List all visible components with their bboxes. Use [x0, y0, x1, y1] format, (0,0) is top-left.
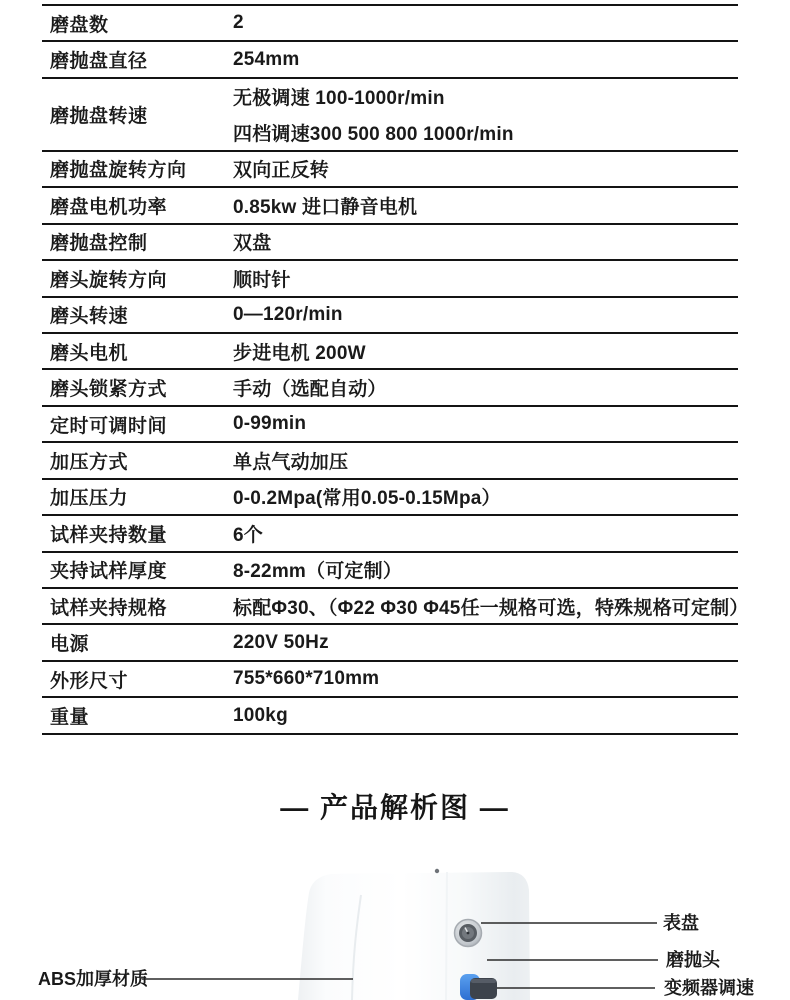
spec-label: 磨抛盘转速 — [42, 79, 233, 150]
spec-label: 磨头电机 — [42, 334, 233, 368]
spec-row: 加压方式单点气动加压 — [42, 443, 738, 479]
spec-value: 220V 50Hz — [233, 632, 738, 654]
spec-label: 磨头锁紧方式 — [42, 370, 233, 404]
spec-value: 手动（选配自动） — [233, 374, 738, 401]
spec-label: 外形尺寸 — [42, 662, 233, 696]
spec-row: 磨盘电机功率0.85kw 进口静音电机 — [42, 188, 738, 224]
spec-row: 磨抛盘旋转方向双向正反转 — [42, 152, 738, 188]
spec-row: 夹持试样厚度8-22mm（可定制） — [42, 553, 738, 589]
spec-label: 磨盘电机功率 — [42, 188, 233, 222]
spec-values: 顺时针 — [233, 261, 738, 295]
spec-label: 磨抛盘控制 — [42, 225, 233, 259]
spec-row: 磨抛盘直径254mm — [42, 42, 738, 78]
spec-values: 0-0.2Mpa(常用0.05-0.15Mpa） — [233, 480, 738, 514]
product-spec-page: { "spec_table": { "rows": [ {"label": "磨… — [0, 0, 790, 1000]
top-screw — [435, 869, 439, 873]
spec-value: 标配Φ30、（Φ22 Φ30 Φ45任一规格可选，特殊规格可定制） — [233, 593, 749, 620]
spec-values: 手动（选配自动） — [233, 370, 738, 404]
spec-table: 磨盘数2磨抛盘直径254mm磨抛盘转速无极调速 100-1000r/min四档调… — [42, 4, 738, 735]
spec-label: 磨盘数 — [42, 6, 233, 40]
spec-label: 磨头转速 — [42, 298, 233, 332]
callout-label-dial: 表盘 — [663, 913, 699, 933]
spec-row: 磨抛盘转速无极调速 100-1000r/min四档调速300 500 800 1… — [42, 79, 738, 152]
spec-label: 试样夹持规格 — [42, 589, 233, 623]
spec-values: 无极调速 100-1000r/min四档调速300 500 800 1000r/… — [233, 79, 738, 150]
spec-row: 磨头转速0—120r/min — [42, 298, 738, 334]
spec-value: 双盘 — [233, 228, 738, 255]
spec-value: 0-0.2Mpa(常用0.05-0.15Mpa） — [233, 483, 738, 510]
spec-row: 外形尺寸755*660*710mm — [42, 662, 738, 698]
spec-values: 双盘 — [233, 225, 738, 259]
spec-values: 单点气动加压 — [233, 443, 738, 477]
spec-row: 试样夹持规格标配Φ30、（Φ22 Φ30 Φ45任一规格可选，特殊规格可定制） — [42, 589, 738, 625]
spec-label: 磨抛盘直径 — [42, 42, 233, 76]
spec-value: 2 — [233, 12, 738, 34]
spec-values: 0—120r/min — [233, 298, 738, 332]
spec-row: 磨头锁紧方式手动（选配自动） — [42, 370, 738, 406]
spec-value: 顺时针 — [233, 265, 738, 292]
spec-values: 100kg — [233, 698, 738, 732]
spec-label: 定时可调时间 — [42, 407, 233, 441]
spec-values: 220V 50Hz — [233, 625, 738, 659]
spec-label: 重量 — [42, 698, 233, 732]
spec-value: 四档调速300 500 800 1000r/min — [233, 119, 738, 146]
spec-value: 双向正反转 — [233, 155, 738, 182]
spec-value: 8-22mm（可定制） — [233, 556, 738, 583]
spec-values: 双向正反转 — [233, 152, 738, 186]
spec-label: 试样夹持数量 — [42, 516, 233, 550]
spec-values: 8-22mm（可定制） — [233, 553, 738, 587]
spec-value: 254mm — [233, 49, 738, 71]
spec-values: 6个 — [233, 516, 738, 550]
spec-row: 电源220V 50Hz — [42, 625, 738, 661]
spec-value: 6个 — [233, 520, 738, 547]
spec-value: 单点气动加压 — [233, 447, 738, 474]
spec-label: 加压方式 — [42, 443, 233, 477]
spec-row: 定时可调时间0-99min — [42, 407, 738, 443]
callout-label-abs-material: ABS加厚材质 — [38, 969, 148, 989]
spec-value: 100kg — [233, 705, 738, 727]
spec-values: 步进电机 200W — [233, 334, 738, 368]
spec-value: 0.85kw 进口静音电机 — [233, 192, 738, 219]
spec-row: 磨头电机步进电机 200W — [42, 334, 738, 370]
spec-label: 磨头旋转方向 — [42, 261, 233, 295]
spec-label: 加压压力 — [42, 480, 233, 514]
spec-value: 无极调速 100-1000r/min — [233, 83, 738, 110]
spec-values: 755*660*710mm — [233, 662, 738, 696]
spec-values: 0-99min — [233, 407, 738, 441]
spec-values: 2 — [233, 6, 738, 40]
spec-row: 磨盘数2 — [42, 6, 738, 42]
spec-row: 加压压力0-0.2Mpa(常用0.05-0.15Mpa） — [42, 480, 738, 516]
callout-label-inverter: 变频器调速 — [664, 978, 754, 998]
spec-row: 磨头旋转方向顺时针 — [42, 261, 738, 297]
section-title: — 产品解析图 — — [0, 786, 790, 826]
spec-row: 磨抛盘控制双盘 — [42, 225, 738, 261]
spec-row: 重量100kg — [42, 698, 738, 734]
spec-value: 0-99min — [233, 413, 738, 435]
spec-label: 夹持试样厚度 — [42, 553, 233, 587]
spec-values: 254mm — [233, 42, 738, 76]
callout-label-polish-head: 磨抛头 — [666, 950, 720, 970]
spec-row: 试样夹持数量6个 — [42, 516, 738, 552]
spec-value: 755*660*710mm — [233, 668, 738, 690]
pressure-dial — [455, 920, 482, 947]
spec-label: 电源 — [42, 625, 233, 659]
spec-value: 0—120r/min — [233, 304, 738, 326]
spec-values: 0.85kw 进口静音电机 — [233, 188, 738, 222]
spec-label: 磨抛盘旋转方向 — [42, 152, 233, 186]
spec-value: 步进电机 200W — [233, 338, 738, 365]
spec-values: 标配Φ30、（Φ22 Φ30 Φ45任一规格可选，特殊规格可定制） — [233, 589, 749, 623]
